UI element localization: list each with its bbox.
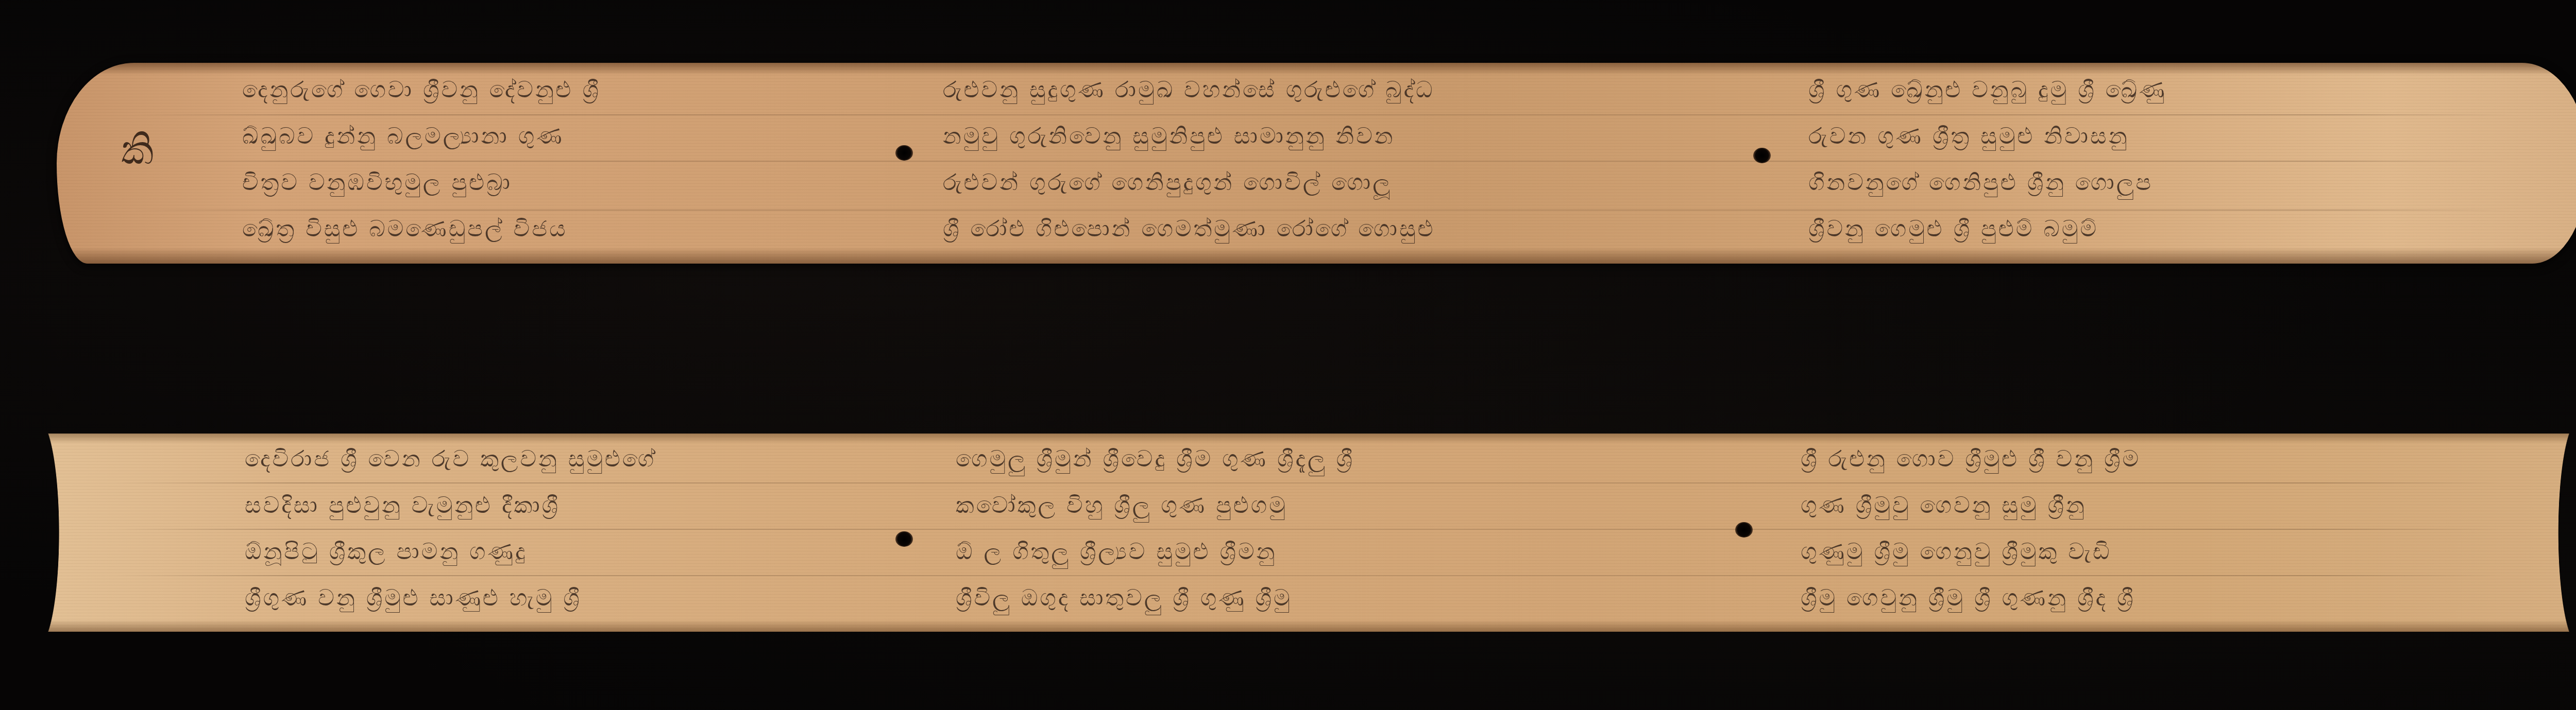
text-block-right: ශ්‍රී ගුණ ඛ්‍රේනුළු වනුබු දුමු ශ්‍රී ඛ්‍…	[1808, 67, 2530, 252]
manuscript-line: දෙවිරාජ ශ්‍රී වෙන රුව කුලවනු සුමුළුගේ	[245, 436, 878, 482]
manuscript-line: ගුණුමු ශ්‍රීමු ගෙනුවු ශ්‍රීමුකු වැඩි	[1801, 529, 2496, 575]
text-block-middle: ගෙමුලු ශ්‍රීමුන් ශ්‍රීවෙදු ශ්‍රීම ගුණ ශ්…	[956, 436, 1718, 621]
manuscript-line: ශ්‍රීවනු ගෙමුළු ශ්‍රී පුළුම් බමුම්	[1808, 206, 2530, 252]
manuscript-line: ශ්‍රී ගුණ ඛ්‍රේනුළු වනුබු දුමු ශ්‍රී ඛ්‍…	[1808, 67, 2530, 113]
string-hole	[1735, 522, 1753, 538]
manuscript-line: ශ්‍රී රෝළු ගිළුපොන් ගෙමත්මුණා රෝගේ ගොසුළ…	[943, 206, 1731, 252]
manuscript-line: චිත්‍රව වනුඹවිභුමුල පුළුබ්‍රා	[242, 160, 876, 206]
manuscript-line: ගෙමුලු ශ්‍රීමුන් ශ්‍රීවෙදු ශ්‍රීම ගුණ ශ්…	[956, 436, 1718, 482]
palm-leaf-top: කි දෙනුරුගේ ගෙවා ශ්‍රීවනු දේවනුළු ශ්‍රී …	[57, 63, 2576, 264]
text-block-left: දෙනුරුගේ ගෙවා ශ්‍රීවනු දේවනුළු ශ්‍රී ඛ්ඛ…	[242, 67, 876, 252]
string-hole	[895, 531, 913, 547]
manuscript-line: රුළුවනු සුදුගුණ රාමුඛ වහන්සේ ගුරුළුගේ බු…	[943, 67, 1731, 113]
palm-leaf-bottom: දෙවිරාජ ශ්‍රී වෙන රුව කුලවනු සුමුළුගේ සව…	[39, 434, 2576, 632]
manuscript-line: ගුණ ශ්‍රීමුවු ගෙවනු සුමු ශ්‍රීනු	[1801, 482, 2496, 529]
manuscript-line: ශ්‍රීමු ගෙවුනු ශ්‍රීමු ශ්‍රී ගුණනු ශ්‍රී…	[1801, 575, 2496, 621]
manuscript-line: කවෝකුල විහු ශ්‍රීලු ගුණ පුළුගමු	[956, 482, 1718, 529]
folio-number-marker: කි	[121, 127, 154, 174]
manuscript-line: ශ්‍රීවිලු ඔගුද සාතුවලු ශ්‍රී ගුණු ශ්‍රීම…	[956, 575, 1718, 621]
string-hole	[1753, 148, 1771, 163]
manuscript-line: ඛ්‍රේත්‍ර විසුළු බමණෙඩුපල් විජය	[242, 206, 876, 252]
manuscript-line: ඕනූපිටු ශ්‍රීකුල පාමනු ගණුදු	[245, 529, 878, 575]
manuscript-line: නමුවු ගුරුනිවෙනු සුමුනිපුළු සාමානුනු නිව…	[943, 113, 1731, 160]
manuscript-line: ඕ ල ගිතුලු ශ්‍රීල්‍යව සුමුළු ශ්‍රීමනු	[956, 529, 1718, 575]
manuscript-line: සවදිසා පුළුවුනු වැමුනුළු දීකාශ්‍රී	[245, 482, 878, 529]
text-block-middle: රුළුවනු සුදුගුණ රාමුඛ වහන්සේ ගුරුළුගේ බු…	[943, 67, 1731, 252]
text-block-right: ශ්‍රී රුළුනු ගොව ශ්‍රීමුළු ශ්‍රී වනු ශ්‍…	[1801, 436, 2496, 621]
string-hole	[895, 145, 913, 161]
manuscript-line: ගිනවනුගේ ගෙනිපුළු ශ්‍රීනු ගොලුප	[1808, 160, 2530, 206]
manuscript-line: දෙනුරුගේ ගෙවා ශ්‍රීවනු දේවනුළු ශ්‍රී	[242, 67, 876, 113]
text-block-left: දෙවිරාජ ශ්‍රී වෙන රුව කුලවනු සුමුළුගේ සව…	[245, 436, 878, 621]
manuscript-line: රුවන ගුණ ශ්‍රීත්‍ර සුමුළු නිවාසනු	[1808, 113, 2530, 160]
manuscript-line: ශ්‍රී රුළුනු ගොව ශ්‍රීමුළු ශ්‍රී වනු ශ්‍…	[1801, 436, 2496, 482]
manuscript-line: රුළුවන් ගුරුගේ ගෙනිපුදුගුන් ගොවිල් ගොලූ	[943, 160, 1731, 206]
manuscript-line: ඛ්ඛුබව දුන්නු බලමල්‍යානා ගුණ	[242, 113, 876, 160]
manuscript-line: ශ්‍රීගුණ වනු ශ්‍රීමුළු සාණුළු හැමු ශ්‍රී	[245, 575, 878, 621]
